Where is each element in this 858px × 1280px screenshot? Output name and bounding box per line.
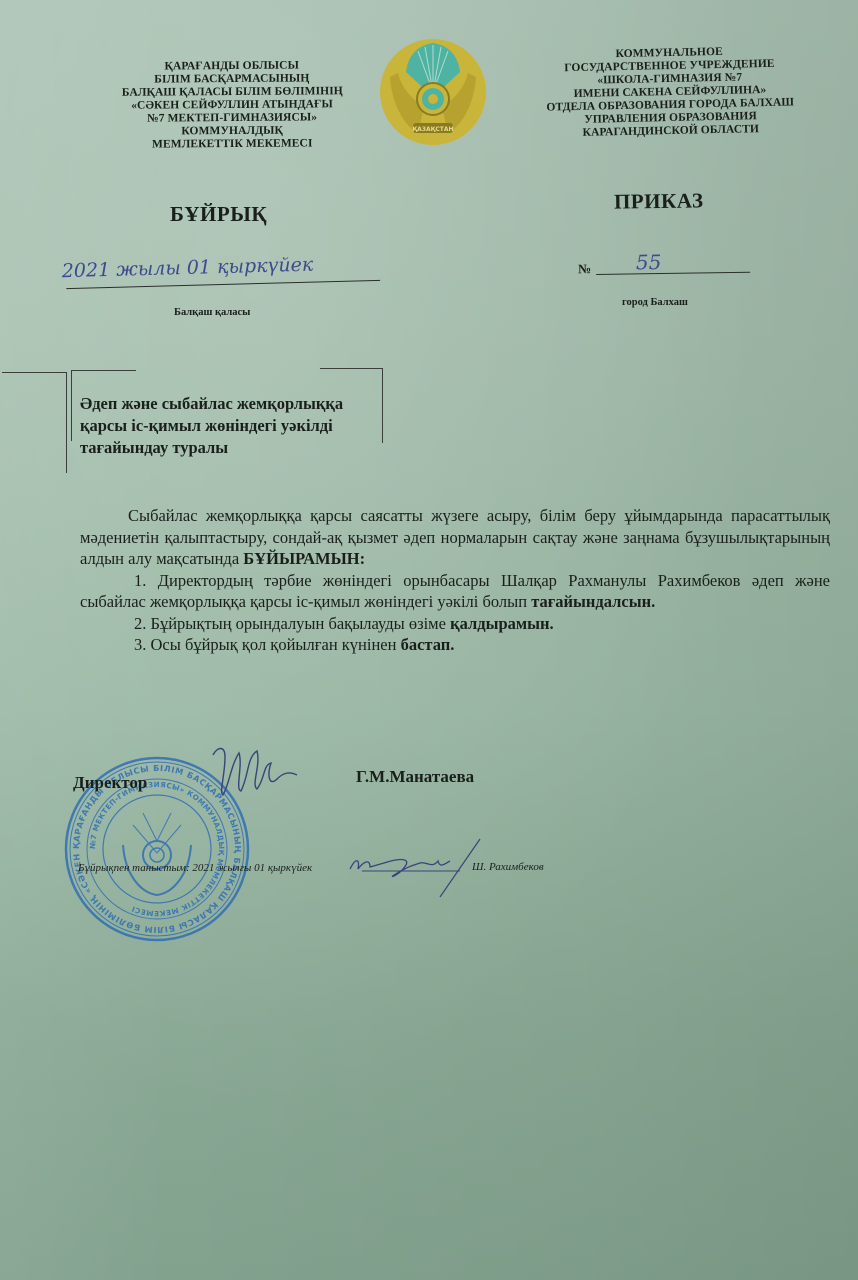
header-russian: КОММУНАЛЬНОЕ ГОСУДАРСТВЕННОЕ УЧРЕЖДЕНИЕ … xyxy=(519,44,821,141)
director-signature xyxy=(205,735,315,810)
order-number-field: № 55 xyxy=(578,251,750,279)
order-item-text: 2. Бұйрықтың орындалуын бақылауды өзіме xyxy=(134,614,450,633)
number-underline xyxy=(596,272,750,275)
subject-line: тағайындау туралы xyxy=(80,437,440,459)
order-item-bold: тағайындалсын. xyxy=(531,592,655,611)
number-symbol: № xyxy=(578,261,591,277)
order-title-kazakh: БҰЙРЫҚ xyxy=(170,202,267,227)
order-subject: Әдеп және сыбайлас жемқорлыққа қарсы іс-… xyxy=(80,393,440,459)
order-item-text: 1. Директордың тәрбие жөніндегі орынбаса… xyxy=(80,571,830,612)
header-kazakh: ҚАРАҒАНДЫ ОБЛЫСЫ БІЛІМ БАСҚАРМАСЫНЫҢ БАЛ… xyxy=(122,59,343,152)
state-emblem-icon: ҚАЗАҚСТАН xyxy=(378,37,488,147)
corner-mark-left xyxy=(2,372,67,473)
header-kz-line: МЕМЛЕКЕТТІК МЕКЕМЕСІ xyxy=(122,137,342,152)
director-title: Директор xyxy=(73,773,147,793)
preamble-paragraph: Сыбайлас жемқорлыққа қарсы саясатты жүзе… xyxy=(80,505,830,570)
order-item-1: 1. Директордың тәрбие жөніндегі орынбаса… xyxy=(80,570,830,613)
order-item-2: 2. Бұйрықтың орындалуын бақылауды өзіме … xyxy=(80,613,830,635)
order-body: Сыбайлас жемқорлыққа қарсы саясатты жүзе… xyxy=(80,505,830,656)
acknowledgement-text: Бұйрықпен таныстым: 2021 жылғы 01 қыркүй… xyxy=(78,862,312,874)
order-item-text: 3. Осы бұйрық қол қойылған күнінен xyxy=(134,635,401,654)
svg-text:ҚАЗАҚСТАН: ҚАЗАҚСТАН xyxy=(412,126,453,133)
director-name: Г.М.Манатаева xyxy=(356,767,474,787)
subject-line: қарсы іс-қимыл жөніндегі уәкілді xyxy=(80,415,440,437)
directive-text: БҰЙЫРАМЫН: xyxy=(243,549,365,568)
acknowledgement-signature xyxy=(340,835,490,900)
subject-line: Әдеп және сыбайлас жемқорлыққа xyxy=(80,393,440,415)
order-item-bold: қалдырамын. xyxy=(450,614,554,633)
order-date-field: 2021 жылы 01 қыркүйек xyxy=(62,252,383,300)
order-number-handwritten: 55 xyxy=(636,250,662,274)
preamble-text: Сыбайлас жемқорлыққа қарсы саясатты жүзе… xyxy=(80,506,830,568)
order-item-3: 3. Осы бұйрық қол қойылған күнінен баста… xyxy=(80,634,830,656)
date-underline xyxy=(66,280,380,289)
city-russian: город Балхаш xyxy=(622,297,688,308)
city-kazakh: Балқаш қаласы xyxy=(174,307,250,318)
order-item-bold: бастап. xyxy=(401,635,455,654)
order-date-handwritten: 2021 жылы 01 қыркүйек xyxy=(62,254,314,283)
order-title-russian: ПРИКАЗ xyxy=(614,188,704,214)
acknowledgement-name: Ш. Рахимбеков xyxy=(472,861,544,873)
header-kz-line: №7 МЕКТЕП-ГИМНАЗИЯСЫ» xyxy=(122,111,342,126)
